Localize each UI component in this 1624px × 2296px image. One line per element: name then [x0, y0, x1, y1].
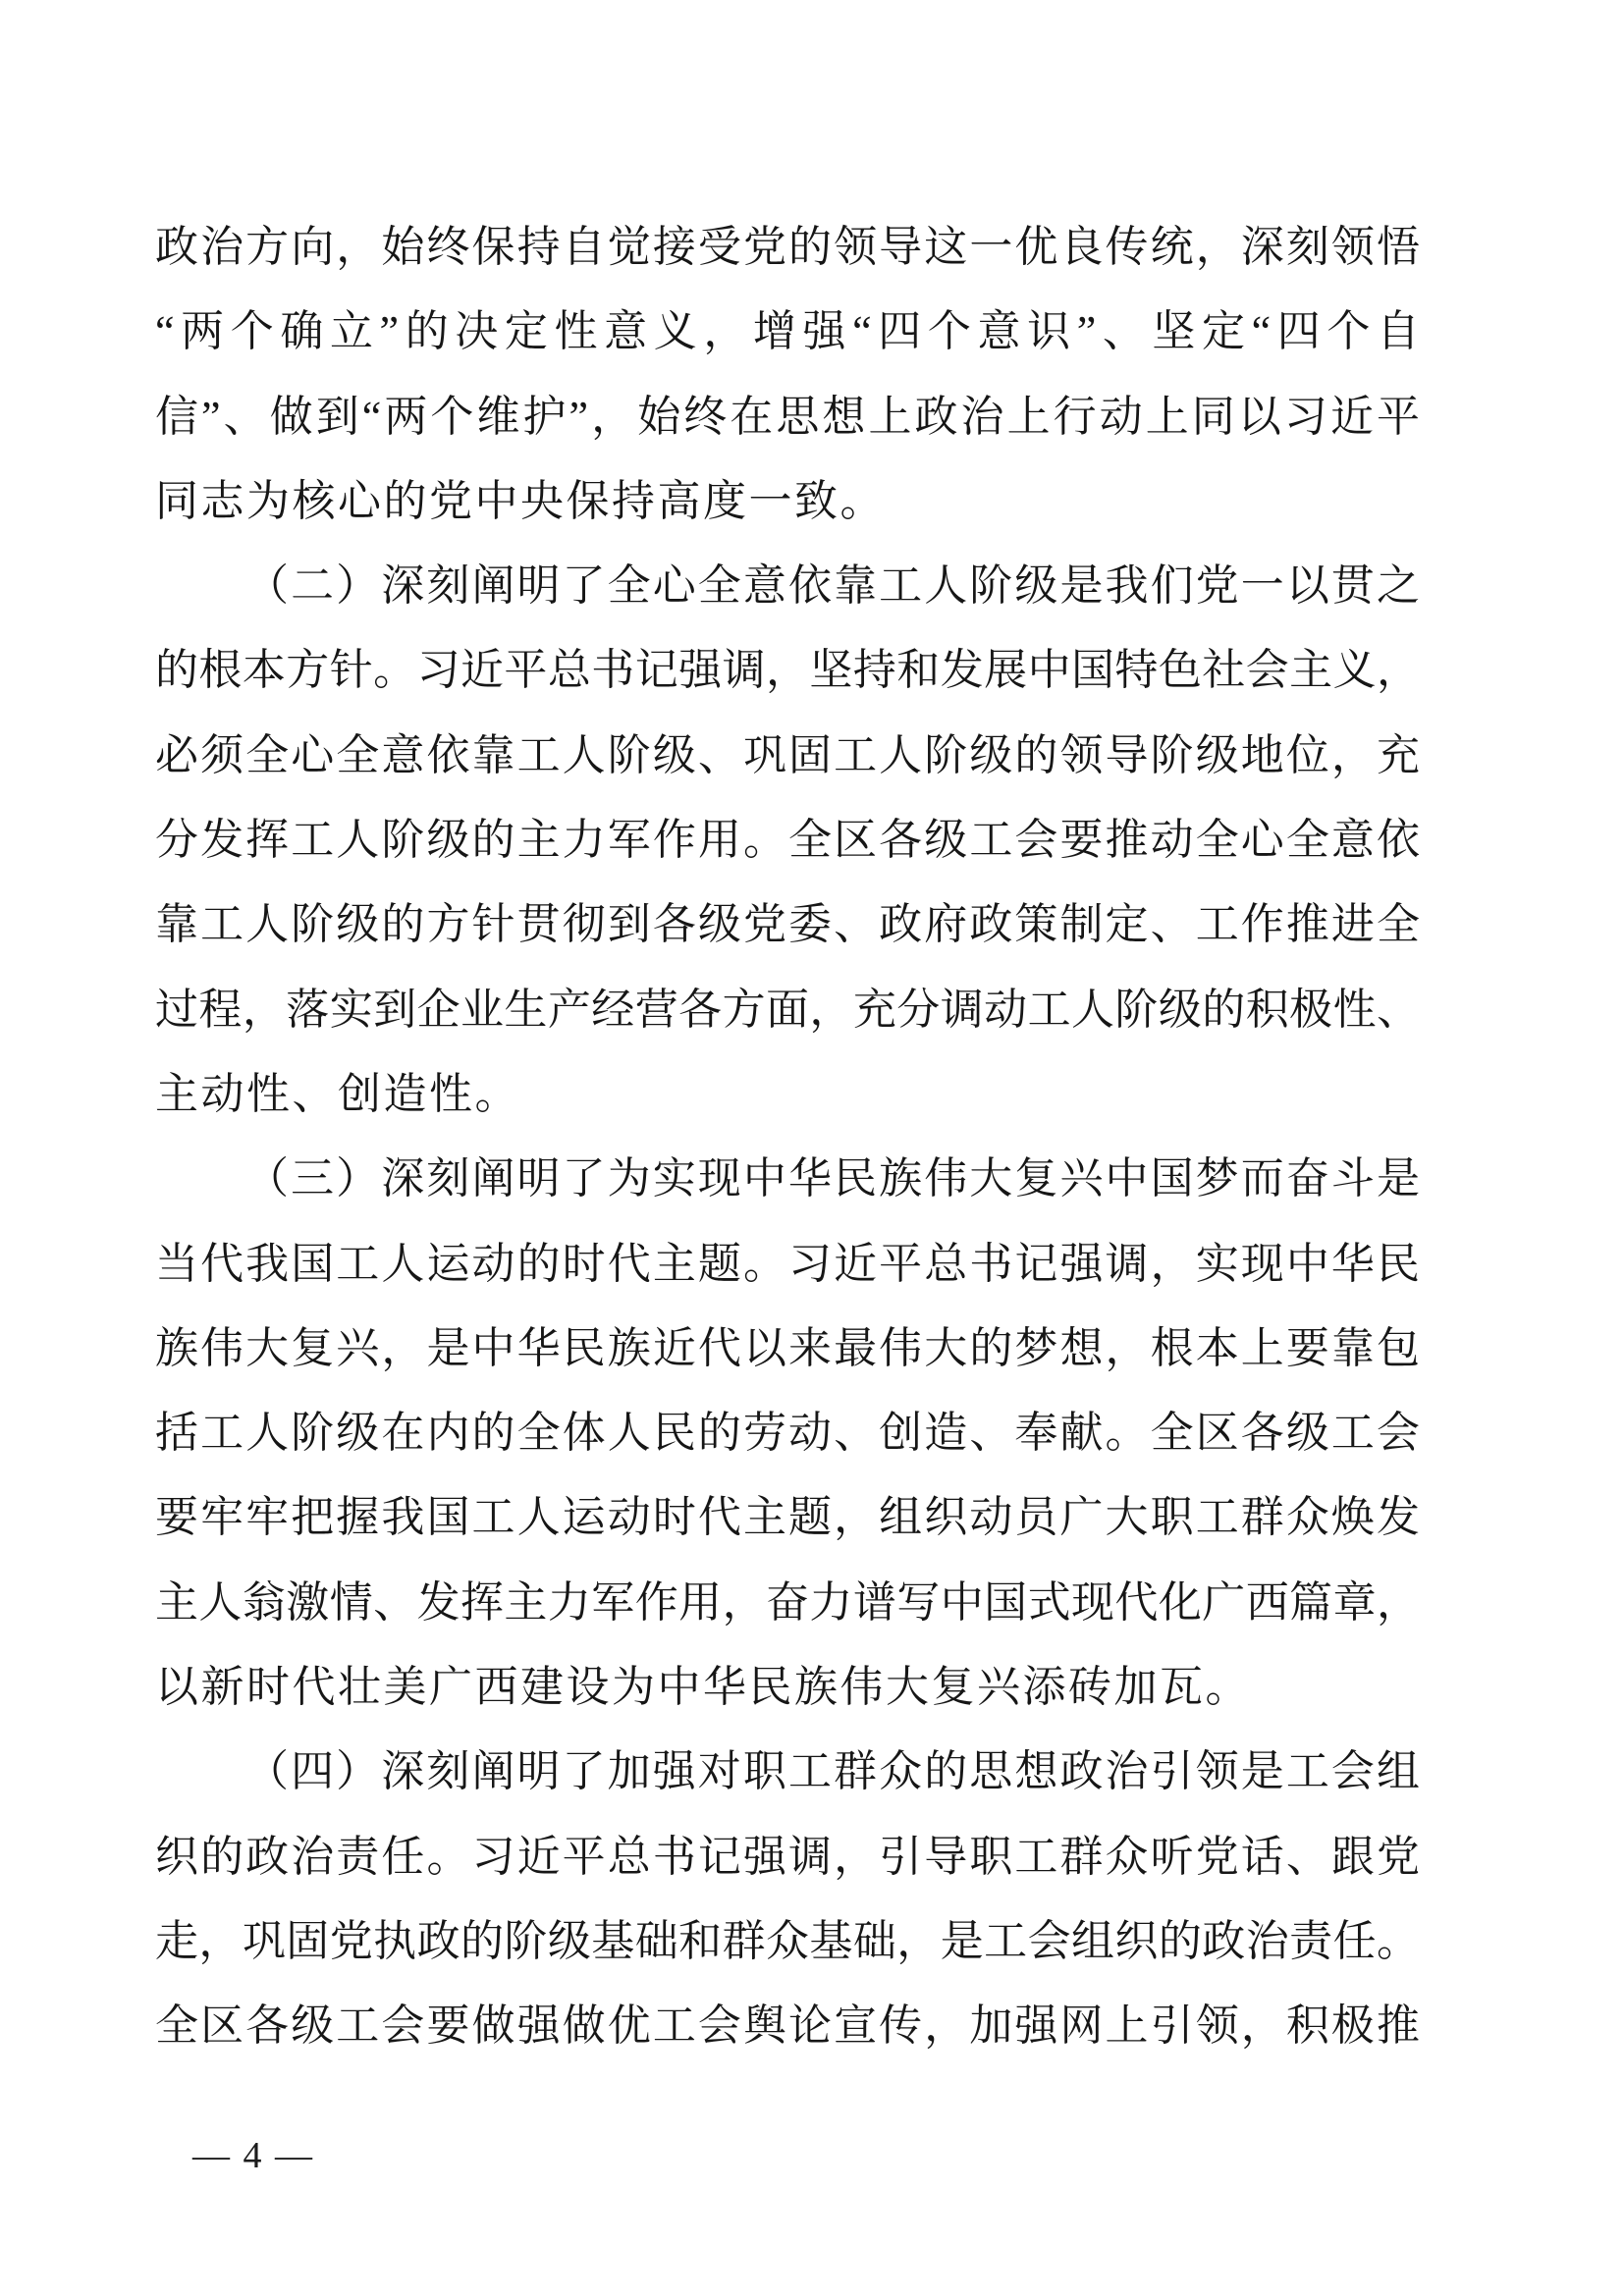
document-body: 政治方向，始终保持自觉接受党的领导这一优良传统，深刻领悟 “两个确立”的决定性意…: [155, 205, 1420, 2069]
text-line: 必须全心全意依靠工人阶级、巩固工人阶级的领导阶级地位，充: [155, 714, 1420, 798]
text-line: 同志为核心的党中央保持高度一致。: [155, 459, 1420, 544]
text-line: 分发挥工人阶级的主力军作用。全区各级工会要推动全心全意依: [155, 798, 1420, 882]
text-line: 以新时代壮美广西建设为中华民族伟大复兴添砖加瓦。: [155, 1645, 1420, 1730]
text-line: 要牢牢把握我国工人运动时代主题，组织动员广大职工群众焕发: [155, 1475, 1420, 1560]
text-line: 族伟大复兴，是中华民族近代以来最伟大的梦想，根本上要靠包: [155, 1307, 1420, 1391]
text-line: 当代我国工人运动的时代主题。习近平总书记强调，实现中华民: [155, 1222, 1420, 1307]
document-page: 政治方向，始终保持自觉接受党的领导这一优良传统，深刻领悟 “两个确立”的决定性意…: [0, 0, 1624, 2296]
text-line: 信”、做到“两个维护”，始终在思想上政治上行动上同以习近平: [155, 375, 1420, 459]
text-line: 主人翁激情、发挥主力军作用，奋力谱写中国式现代化广西篇章，: [155, 1561, 1420, 1645]
paragraph-start-line: （二）深刻阐明了全心全意依靠工人阶级是我们党一以贯之: [155, 544, 1420, 628]
text-line: 括工人阶级在内的全体人民的劳动、创造、奉献。全区各级工会: [155, 1391, 1420, 1475]
text-line: 全区各级工会要做强做优工会舆论宣传，加强网上引领，积极推: [155, 1984, 1420, 2068]
text-line: “两个确立”的决定性意义，增强“四个意识”、坚定“四个自: [155, 290, 1420, 374]
text-line: 靠工人阶级的方针贯彻到各级党委、政府政策制定、工作推进全: [155, 882, 1420, 967]
text-line: 政治方向，始终保持自觉接受党的领导这一优良传统，深刻领悟: [155, 205, 1420, 290]
page-number: — 4 —: [192, 2130, 314, 2181]
text-line: 走，巩固党执政的阶级基础和群众基础，是工会组织的政治责任。: [155, 1899, 1420, 1984]
text-line: 的根本方针。习近平总书记强调，坚持和发展中国特色社会主义，: [155, 628, 1420, 713]
text-line: 织的政治责任。习近平总书记强调，引导职工群众听党话、跟党: [155, 1815, 1420, 1899]
text-line: 主动性、创造性。: [155, 1052, 1420, 1137]
paragraph-start-line: （四）深刻阐明了加强对职工群众的思想政治引领是工会组: [155, 1730, 1420, 1814]
paragraph-start-line: （三）深刻阐明了为实现中华民族伟大复兴中国梦而奋斗是: [155, 1137, 1420, 1221]
text-line: 过程，落实到企业生产经营各方面，充分调动工人阶级的积极性、: [155, 968, 1420, 1052]
